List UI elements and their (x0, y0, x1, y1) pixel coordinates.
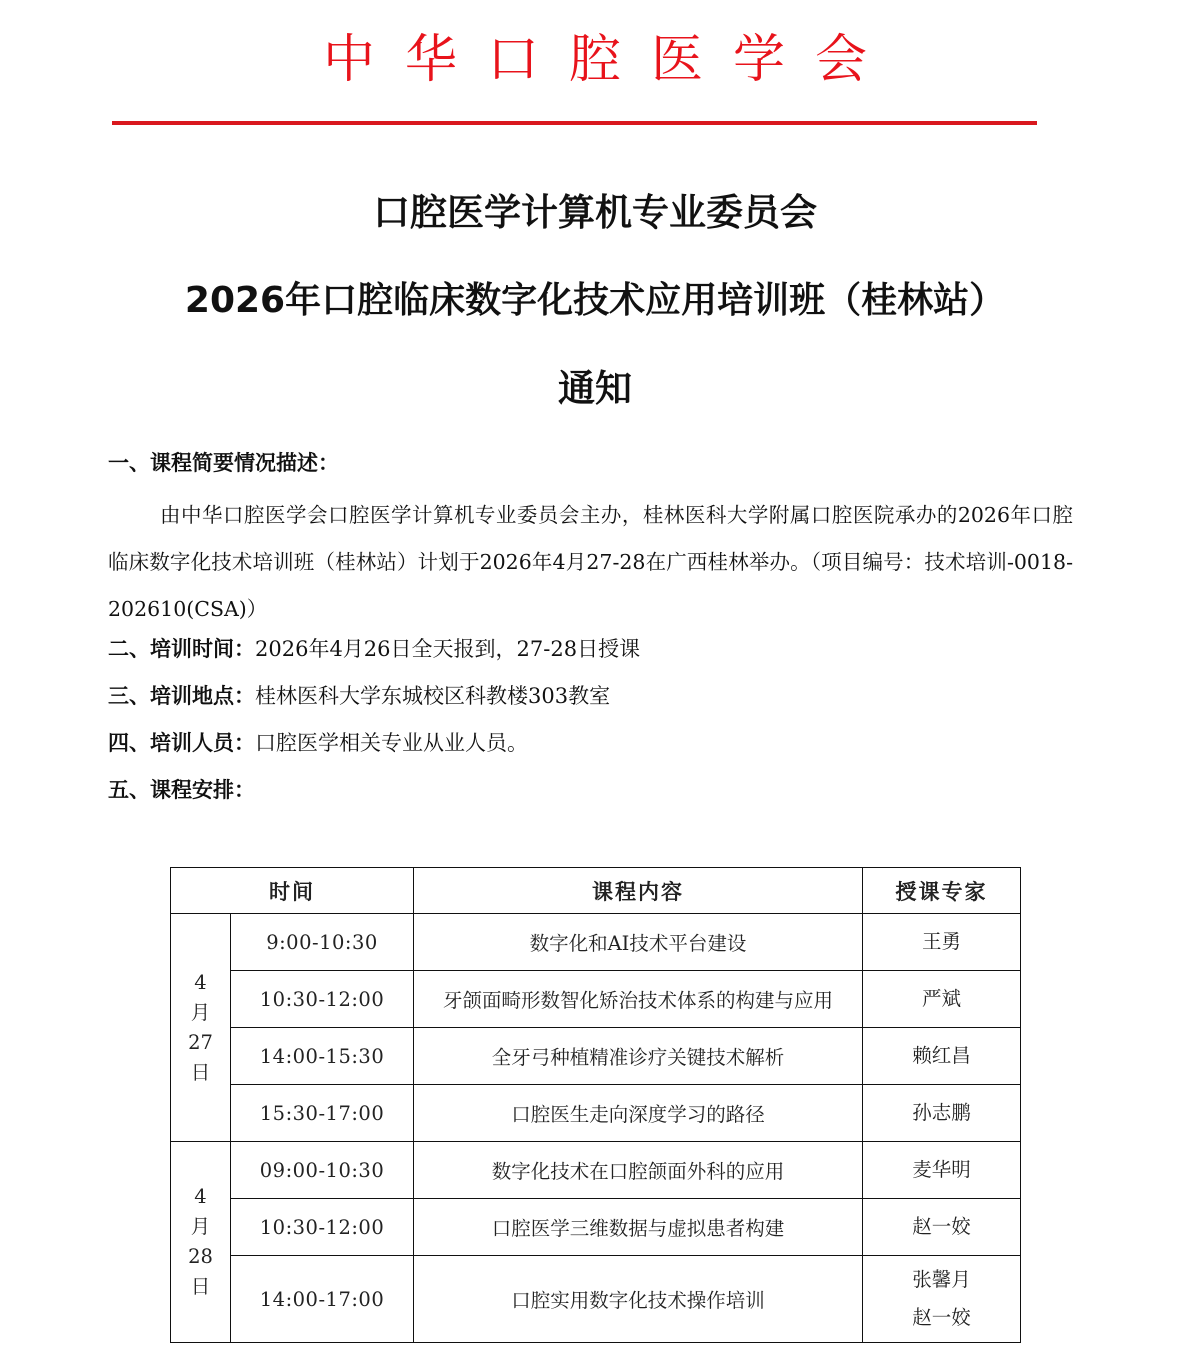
day-month-char: 月 (171, 1212, 230, 1242)
section-heading-label: 一、课程简要情况描述： (108, 451, 339, 475)
section-2: 二、培训时间：2026年4月26日全天报到，27-28日授课 (108, 634, 640, 664)
title-committee: 口腔医学计算机专业委员会 (0, 188, 1190, 238)
table-header-row: 时间 课程内容 授课专家 (171, 868, 1021, 914)
training-location-value: 桂林医科大学东城校区科教楼303教室 (255, 684, 610, 708)
session-course: 数字化技术在口腔颌面外科的应用 (414, 1142, 863, 1199)
lecturer-name: 赖红昌 (863, 1037, 1020, 1075)
table-row: 14:00-15:30 全牙弓种植精准诊疗关键技术解析 赖红昌 (171, 1028, 1021, 1085)
session-lecturer: 张馨月 赵一姣 (863, 1256, 1021, 1343)
session-lecturer: 严斌 (863, 971, 1021, 1028)
lecturer-name: 麦华明 (863, 1151, 1020, 1189)
table-row: 4 月 27 日 9:00-10:30 数字化和AI技术平台建设 王勇 (171, 914, 1021, 971)
session-lecturer: 王勇 (863, 914, 1021, 971)
day-date-char: 日 (171, 1272, 230, 1302)
table-row: 10:30-12:00 牙颌面畸形数智化矫治技术体系的构建与应用 严斌 (171, 971, 1021, 1028)
day-month-char: 月 (171, 998, 230, 1028)
table-row: 4 月 28 日 09:00-10:30 数字化技术在口腔颌面外科的应用 麦华明 (171, 1142, 1021, 1199)
letterhead-divider (112, 121, 1037, 125)
table-row: 10:30-12:00 口腔医学三维数据与虚拟患者构建 赵一姣 (171, 1199, 1021, 1256)
session-time: 09:00-10:30 (231, 1142, 414, 1199)
session-course: 口腔实用数字化技术操作培训 (414, 1256, 863, 1343)
session-lecturer: 麦华明 (863, 1142, 1021, 1199)
lecturer-name: 张馨月 (863, 1261, 1020, 1299)
session-course: 口腔医学三维数据与虚拟患者构建 (414, 1199, 863, 1256)
section-4: 四、培训人员：口腔医学相关专业从业人员。 (108, 728, 528, 758)
session-time: 14:00-17:00 (231, 1256, 414, 1343)
session-time: 10:30-12:00 (231, 971, 414, 1028)
title-notice: 通知 (0, 364, 1190, 414)
session-time: 14:00-15:30 (231, 1028, 414, 1085)
title-course: 2026年口腔临床数字化技术应用培训班（桂林站） (0, 276, 1190, 326)
training-time-value: 2026年4月26日全天报到，27-28日授课 (255, 637, 640, 661)
day-label-apr28: 4 月 28 日 (171, 1142, 231, 1343)
organization-name: 中华口腔医学会 (0, 24, 1190, 96)
lecturer-name: 赵一姣 (863, 1299, 1020, 1337)
training-audience-value: 口腔医学相关专业从业人员。 (255, 731, 528, 755)
session-course: 牙颌面畸形数智化矫治技术体系的构建与应用 (414, 971, 863, 1028)
section-1-body: 由中华口腔医学会口腔医学计算机专业委员会主办，桂林医科大学附属口腔医院承办的20… (108, 492, 1073, 633)
day-date-char: 日 (171, 1058, 230, 1088)
section-heading-label: 五、课程安排： (108, 778, 255, 802)
day-date-num: 28 (171, 1242, 230, 1272)
lecturer-name: 王勇 (863, 923, 1020, 961)
session-lecturer: 孙志鹏 (863, 1085, 1021, 1142)
session-time: 9:00-10:30 (231, 914, 414, 971)
session-course: 数字化和AI技术平台建设 (414, 914, 863, 971)
course-schedule-table: 时间 课程内容 授课专家 4 月 27 日 9:00-10:30 数字化和AI技… (170, 867, 1021, 1343)
day-date-num: 27 (171, 1028, 230, 1058)
session-time: 15:30-17:00 (231, 1085, 414, 1142)
session-course: 口腔医生走向深度学习的路径 (414, 1085, 863, 1142)
section-heading-label: 三、培训地点： (108, 684, 255, 708)
table-row: 15:30-17:00 口腔医生走向深度学习的路径 孙志鹏 (171, 1085, 1021, 1142)
header-course: 课程内容 (414, 868, 863, 914)
header-time: 时间 (171, 868, 414, 914)
section-5: 五、课程安排： (108, 775, 255, 805)
lecturer-name: 严斌 (863, 980, 1020, 1018)
day-label-apr27: 4 月 27 日 (171, 914, 231, 1142)
table-row: 14:00-17:00 口腔实用数字化技术操作培训 张馨月 赵一姣 (171, 1256, 1021, 1343)
header-lecturer: 授课专家 (863, 868, 1021, 914)
session-course: 全牙弓种植精准诊疗关键技术解析 (414, 1028, 863, 1085)
day-month-num: 4 (171, 1182, 230, 1212)
lecturer-name: 孙志鹏 (863, 1094, 1020, 1132)
section-3: 三、培训地点：桂林医科大学东城校区科教楼303教室 (108, 681, 610, 711)
section-heading-label: 二、培训时间： (108, 637, 255, 661)
session-lecturer: 赖红昌 (863, 1028, 1021, 1085)
section-heading-label: 四、培训人员： (108, 731, 255, 755)
section-1-heading: 一、课程简要情况描述： (108, 448, 339, 478)
session-time: 10:30-12:00 (231, 1199, 414, 1256)
lecturer-name: 赵一姣 (863, 1208, 1020, 1246)
session-lecturer: 赵一姣 (863, 1199, 1021, 1256)
day-month-num: 4 (171, 968, 230, 998)
